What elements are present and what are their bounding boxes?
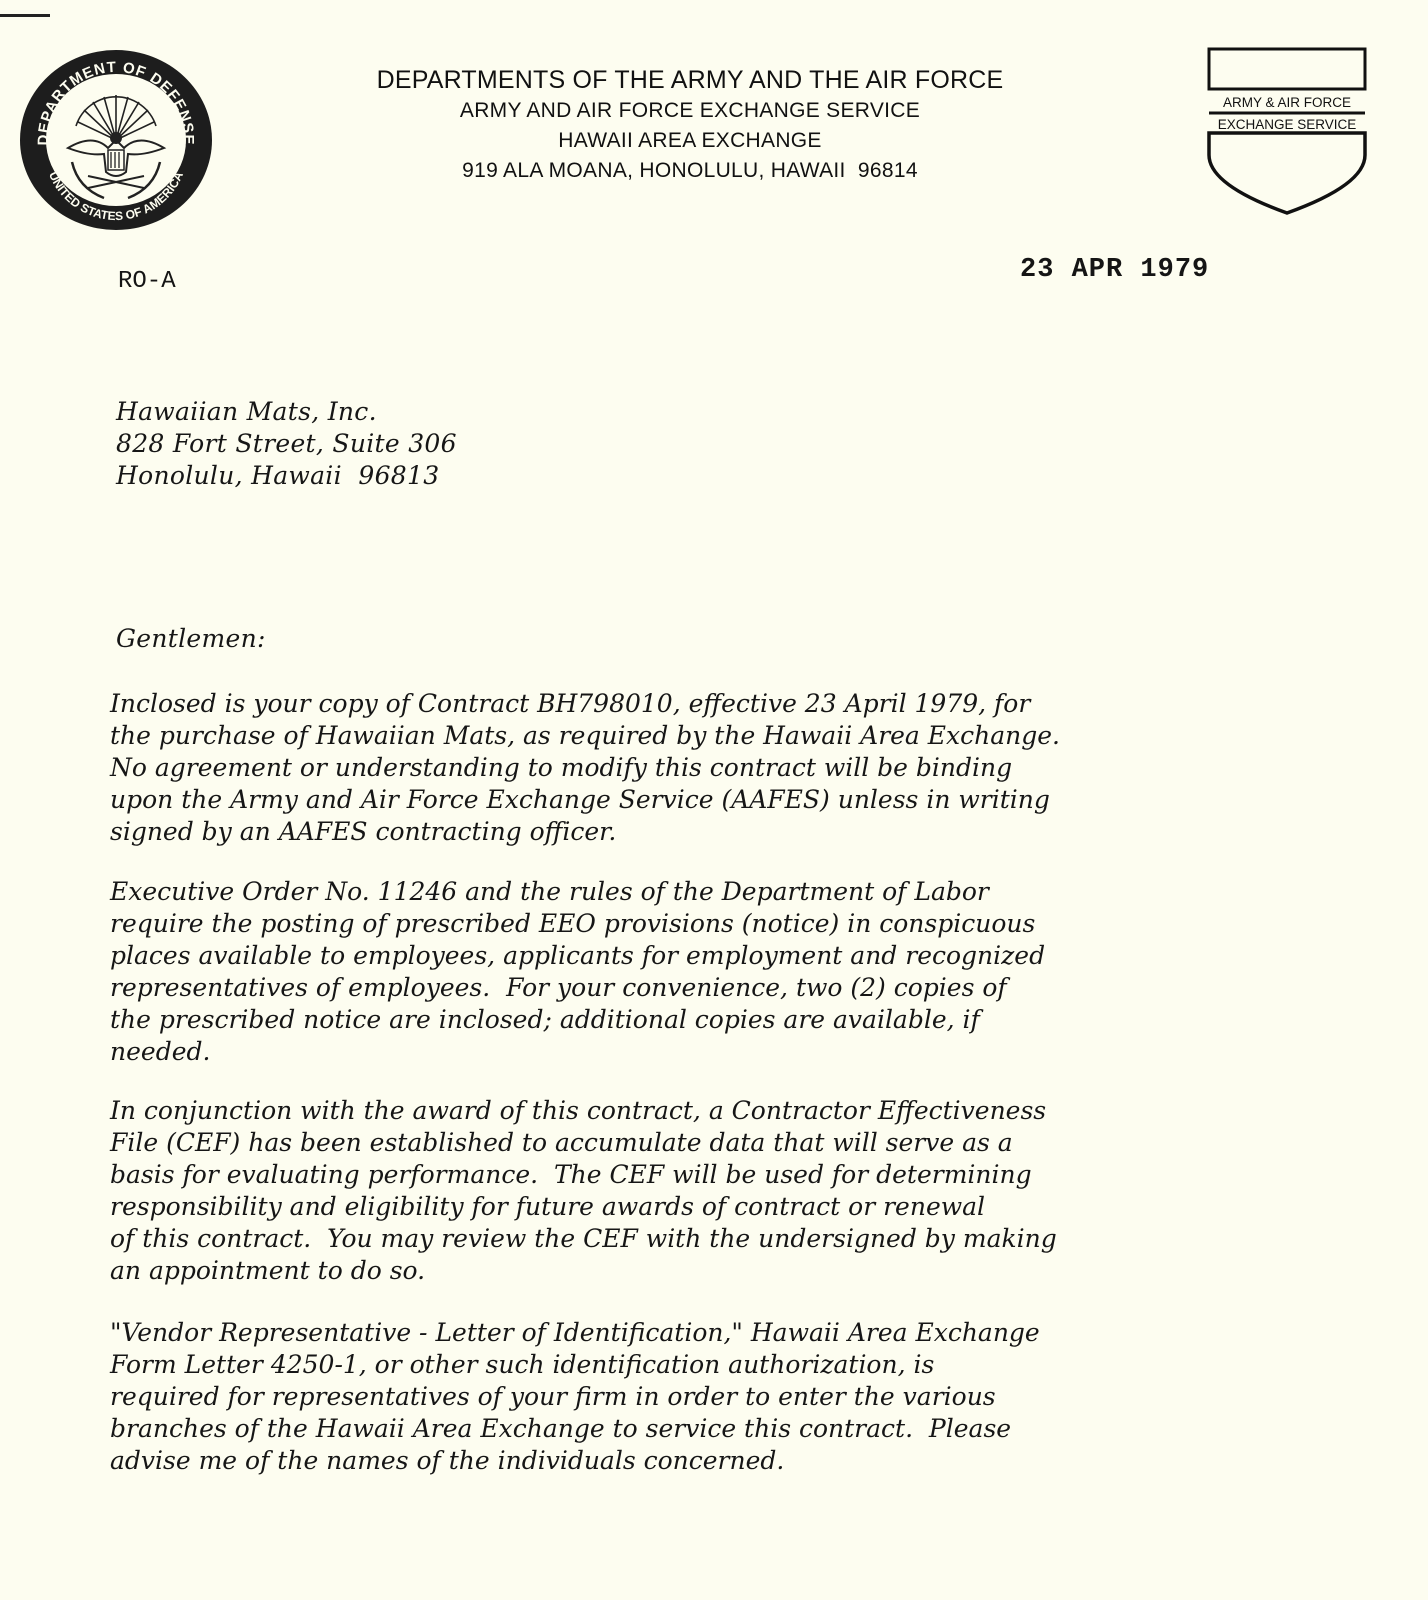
text-line: the purchase of Hawaiian Mats, as requir… — [110, 720, 1290, 752]
text-line: File (CEF) has been established to accum… — [110, 1127, 1290, 1159]
text-line: In conjunction with the award of this co… — [110, 1095, 1290, 1127]
aafes-shield-icon: ARMY & AIR FORCE EXCHANGE SERVICE — [1205, 45, 1370, 220]
text-line: places available to employees, applicant… — [110, 940, 1290, 972]
scan-mark — [0, 14, 50, 17]
text-line: needed. — [110, 1036, 1290, 1068]
svg-text:ARMY & AIR FORCE: ARMY & AIR FORCE — [1223, 95, 1351, 110]
department-of-defense-seal-icon: DEPARTMENT OF DEFENSE UNITED STATES OF A… — [18, 48, 214, 232]
paragraph-contract: Inclosed is your copy of Contract BH7980… — [110, 688, 1290, 848]
paragraph-cef: In conjunction with the award of this co… — [110, 1095, 1290, 1287]
text-line: required for representatives of your fir… — [110, 1381, 1290, 1413]
salutation: Gentlemen: — [116, 624, 266, 653]
recipient-address: Hawaiian Mats, Inc. 828 Fort Street, Sui… — [116, 396, 457, 492]
text-line: upon the Army and Air Force Exchange Ser… — [110, 784, 1290, 816]
reference-code: RO-A — [118, 268, 176, 295]
text-line: "Vendor Representative - Letter of Ident… — [110, 1317, 1290, 1349]
text-line: representatives of employees. For your c… — [110, 972, 1290, 1004]
text-line: Executive Order No. 11246 and the rules … — [110, 876, 1290, 908]
text-line: responsibility and eligibility for futur… — [110, 1191, 1290, 1223]
text-line: No agreement or understanding to modify … — [110, 752, 1290, 784]
text-line: Inclosed is your copy of Contract BH7980… — [110, 688, 1290, 720]
recipient-city: Honolulu, Hawaii 96813 — [116, 460, 457, 492]
text-line: an appointment to do so. — [110, 1255, 1290, 1287]
text-line: require the posting of prescribed EEO pr… — [110, 908, 1290, 940]
text-line: basis for evaluating performance. The CE… — [110, 1159, 1290, 1191]
text-line: Form Letter 4250-1, or other such identi… — [110, 1349, 1290, 1381]
paragraph-eeo: Executive Order No. 11246 and the rules … — [110, 876, 1290, 1068]
letterhead-area: HAWAII AREA EXCHANGE — [300, 126, 1080, 156]
recipient-name: Hawaiian Mats, Inc. — [116, 396, 457, 428]
text-line: of this contract. You may review the CEF… — [110, 1223, 1290, 1255]
text-line: advise me of the names of the individual… — [110, 1445, 1290, 1477]
letterhead-address: 919 ALA MOANA, HONOLULU, HAWAII 96814 — [300, 156, 1080, 186]
letterhead-department: DEPARTMENTS OF THE ARMY AND THE AIR FORC… — [300, 64, 1080, 96]
recipient-street: 828 Fort Street, Suite 306 — [116, 428, 457, 460]
text-line: branches of the Hawaii Area Exchange to … — [110, 1413, 1290, 1445]
date-stamp: 23 APR 1979 — [1020, 255, 1209, 285]
letterhead-service: ARMY AND AIR FORCE EXCHANGE SERVICE — [300, 96, 1080, 126]
svg-text:EXCHANGE SERVICE: EXCHANGE SERVICE — [1218, 117, 1357, 132]
text-line: the prescribed notice are inclosed; addi… — [110, 1004, 1290, 1036]
paragraph-vendor-identification: "Vendor Representative - Letter of Ident… — [110, 1317, 1290, 1477]
letterhead: DEPARTMENTS OF THE ARMY AND THE AIR FORC… — [300, 64, 1080, 186]
text-line: signed by an AAFES contracting officer. — [110, 816, 1290, 848]
